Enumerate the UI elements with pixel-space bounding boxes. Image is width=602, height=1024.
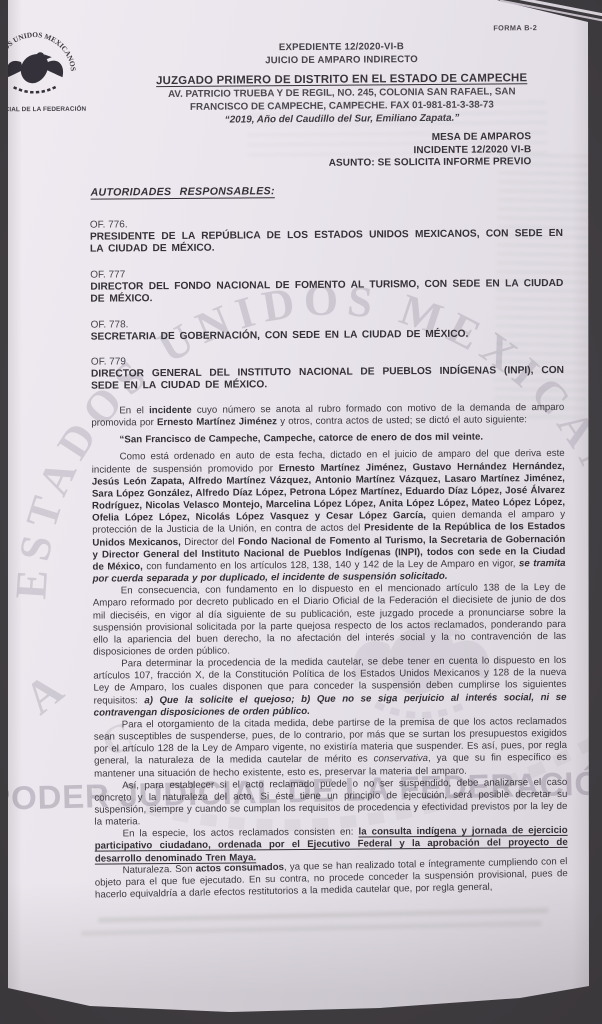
emblem-caption: JUDICIAL DE LA FEDERACIÓN <box>0 106 93 114</box>
bleed-through-text-smudge <box>98 908 548 923</box>
body-paragraph: Para determinar la procedencia de la med… <box>93 655 566 719</box>
body-paragraph: Así, para establecer si el acto reclamad… <box>94 777 567 829</box>
letterhead: EXPEDIENTE 12/2020-VI-B JUICIO DE AMPARO… <box>106 40 577 127</box>
authority-name: DIRECTOR GENERAL DEL INSTITUTO NACIONAL … <box>91 365 564 394</box>
page-content: ESTADOS UNIDOS MEXICANOS PODER JUDICIAL … <box>0 0 602 1024</box>
body-paragraph: Para el otorgamiento de la citada medida… <box>94 716 567 780</box>
reference-block: MESA DE AMPAROS INCIDENTE 12/2020 VI-B A… <box>297 131 531 171</box>
resolution-date-line: “San Francisco de Campeche, Campeche, ca… <box>91 431 564 447</box>
text-segment: En la especie, los actos reclamados cons… <box>123 827 359 840</box>
authority-item: OF. 778. SECRETARIA DE GOBERNACIÓN, CON … <box>91 316 564 344</box>
document-page: ESTADOS UNIDOS MEXICANOS PODER JUDICIAL … <box>0 0 602 1024</box>
ghost-letter-a: A <box>15 663 73 724</box>
text-segment: Director del <box>181 536 238 547</box>
text-segment: incidente <box>149 405 192 416</box>
authority-name: SECRETARIA DE GOBERNACIÓN, CON SEDE EN L… <box>91 328 564 344</box>
authority-item: OF. 777 DIRECTOR DEL FONDO NACIONAL DE F… <box>90 266 563 307</box>
form-number: FORMA B-2 <box>493 23 537 32</box>
court-address-line2: FRANCISCO DE CAMPECHE, CAMPECHE. FAX 01-… <box>107 99 577 114</box>
text-segment: Así, para establecer si el acto reclamad… <box>94 777 567 828</box>
eagle-icon <box>6 52 63 92</box>
text-segment: En el <box>119 405 149 416</box>
authorities-heading: AUTORIDADES RESPONSABLES: <box>91 185 275 198</box>
bleed-through-text-smudge <box>81 921 541 936</box>
asunto-label: ASUNTO: SE SOLICITA INFORME PREVIO <box>297 156 531 170</box>
text-segment: conservativa <box>374 753 428 764</box>
text-segment: Naturaleza. Son <box>122 863 195 875</box>
text-segment: actos consumados <box>196 862 284 875</box>
authorities-list: OF. 776. PRESIDENTE DE LA REPÚBLICA DE L… <box>90 216 564 407</box>
court-address-line1: AV. PATRICIO TRUEBA Y DE REGIL, NO. 245,… <box>107 86 577 101</box>
photo-of-court-document: { "page": { "forma": "FORMA B-2" }, "emb… <box>0 0 602 1024</box>
authority-item: OF. 779 DIRECTOR GENERAL DEL INSTITUTO N… <box>91 353 564 394</box>
text-segment: Ernesto Martínez Jiménez <box>157 416 277 428</box>
court-name: JUZGADO PRIMERO DE DISTRITO EN EL ESTADO… <box>107 72 577 88</box>
authority-name: DIRECTOR DEL FONDO NACIONAL DE FOMENTO A… <box>90 278 563 307</box>
authority-name: PRESIDENTE DE LA REPÚBLICA DE LOS ESTADO… <box>90 228 563 257</box>
body-paragraph: En el incidente cuyo número se anota al … <box>91 402 564 430</box>
expediente-number: EXPEDIENTE 12/2020-VI-B <box>106 40 576 55</box>
body-paragraph: En consecuencia, con fundamento en lo di… <box>93 582 567 659</box>
resolution-body: En el incidente cuyo número se anota al … <box>91 402 568 902</box>
text-segment: En consecuencia, con fundamento en lo di… <box>93 582 566 657</box>
text-segment: a) Que la solicite el quejoso; b) Que no… <box>94 692 567 719</box>
year-legend: “2019, Año del Caudillo del Sur, Emilian… <box>107 112 577 127</box>
text-segment: con fundamento en los artículos 128, 138… <box>143 558 519 572</box>
body-paragraph: Como está ordenado en auto de esta fecha… <box>92 448 566 585</box>
national-coat-of-arms-icon: ESTADOS UNIDOS MEXICANOS <box>0 14 87 111</box>
text-segment: “San Francisco de Campeche, Campeche, ca… <box>119 432 483 446</box>
text-segment: y otros, contra actos de usted; se dictó… <box>277 414 527 427</box>
juicio-type: JUICIO DE AMPARO INDIRECTO <box>107 53 577 68</box>
authority-item: OF. 776. PRESIDENTE DE LA REPÚBLICA DE L… <box>90 216 563 257</box>
